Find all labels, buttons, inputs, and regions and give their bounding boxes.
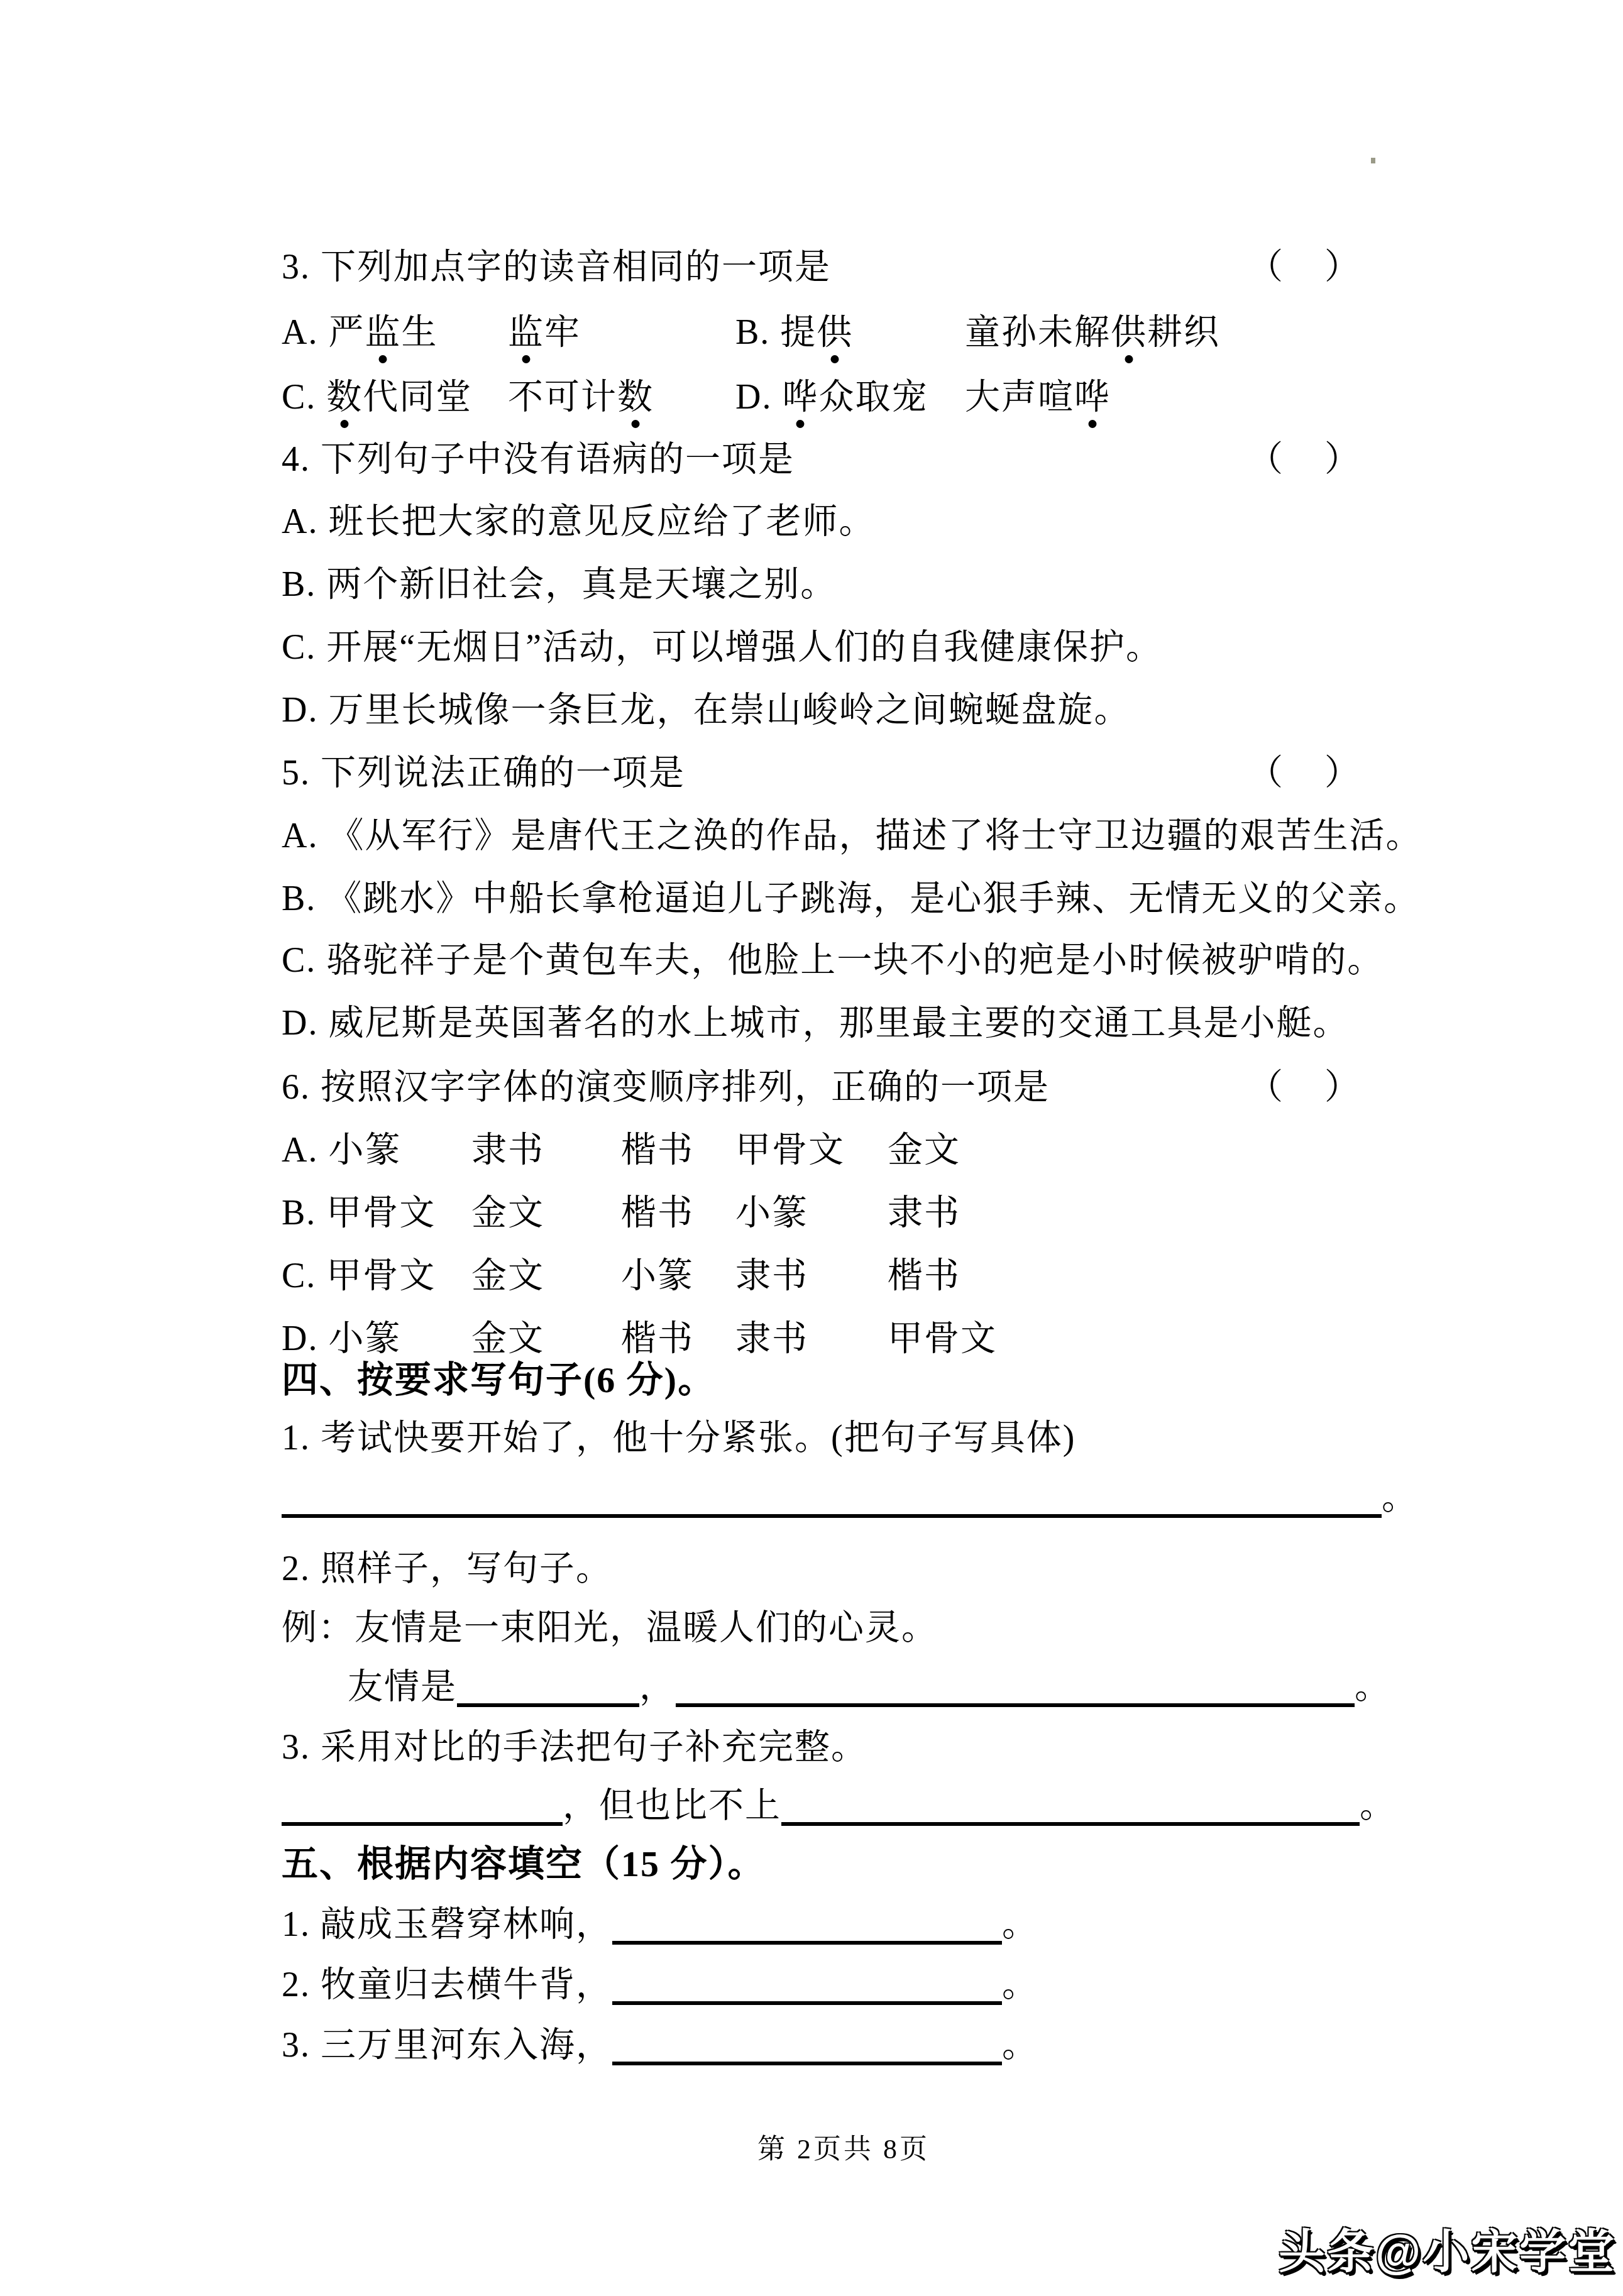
q4-option-d: D. 万里长城像一条巨龙，在崇山峻岭之间蜿蜒盘旋。 xyxy=(282,689,1130,731)
q6-a-c1: 隶书 xyxy=(471,1129,621,1171)
q5-option-b-text: B. 《跳水》中船长拿枪逼迫儿子跳海，是心狠手辣、无情无义的父亲。 xyxy=(282,879,1420,918)
q3-option-d2: 大声喧哗 xyxy=(965,376,1111,418)
q5-option-a-text: A. 《从军行》是唐代王之涣的作品，描述了将士守卫边疆的艰苦生活。 xyxy=(282,816,1422,855)
answer-blank[interactable] xyxy=(612,1972,1002,2005)
q4-stem-row: 4. 下列句子中没有语病的一项是 （ ） xyxy=(282,439,795,480)
section-5-item-3: 3. 三万里河东入海，。 xyxy=(282,2024,1038,2066)
period: 。 xyxy=(1355,1667,1391,1706)
toutiao-watermark: 头条@小宋学堂 xyxy=(1279,2215,1616,2282)
stray-mark xyxy=(1371,158,1375,163)
q4-answer-bracket[interactable]: （ ） xyxy=(1248,439,1360,480)
q3-option-b1: B. 提供 xyxy=(735,312,965,353)
bracket-close: ） xyxy=(1324,752,1360,794)
q3-option-c1: C. 数代同堂 xyxy=(282,376,508,418)
q3-options-row-cd: C. 数代同堂不可计数D. 哗众取宠大声喧哗 xyxy=(282,376,1111,418)
q6-b-c2: 楷书 xyxy=(621,1192,735,1234)
section-4-item-2: 2. 照样子，写句子。 xyxy=(282,1548,612,1590)
exam-page: 3. 下列加点字的读音相同的一项是 （ ） A. 严监生监牢B. 提供童孙未解供… xyxy=(0,0,1623,2296)
section-4-title-text: 四、按要求写句子(6 分)。 xyxy=(282,1359,715,1400)
section-4-item-2-text: 2. 照样子，写句子。 xyxy=(282,1549,612,1588)
bracket-open: （ xyxy=(1248,1067,1283,1108)
q6-b-c4: 隶书 xyxy=(888,1192,960,1234)
q6-d-c2: 楷书 xyxy=(621,1318,735,1359)
q3-stem: 3. 下列加点字的读音相同的一项是 xyxy=(282,248,831,287)
section-4-title: 四、按要求写句子(6 分)。 xyxy=(282,1359,715,1401)
bracket-close: ） xyxy=(1324,439,1360,480)
period: 。 xyxy=(1002,2026,1038,2065)
q5-option-d-text: D. 威尼斯是英国著名的水上城市，那里最主要的交通工具是小艇。 xyxy=(282,1004,1349,1043)
q3-option-c2: 不可计数 xyxy=(508,376,735,418)
q6-b-c0: B. 甲骨文 xyxy=(282,1192,471,1234)
section-4-item-3-answer: ，但也比不上。 xyxy=(282,1785,1396,1826)
q5-option-d: D. 威尼斯是英国著名的水上城市，那里最主要的交通工具是小艇。 xyxy=(282,1002,1349,1044)
q4-option-c: C. 开展“无烟日”活动，可以增强人们的自我健康保护。 xyxy=(282,627,1162,668)
q5-option-a: A. 《从军行》是唐代王之涣的作品，描述了将士守卫边疆的艰苦生活。 xyxy=(282,815,1422,857)
section-4-item-3: 3. 采用对比的手法把句子补充完整。 xyxy=(282,1727,867,1768)
q5-option-c-text: C. 骆驼祥子是个黄包车夫，他脸上一块不小的疤是小时候被驴啃的。 xyxy=(282,941,1384,980)
bracket-open: （ xyxy=(1248,752,1283,794)
comma: ， xyxy=(639,1667,676,1706)
q4-option-b-text: B. 两个新旧社会，真是天壤之别。 xyxy=(282,565,837,604)
contrast-connector: ，但也比不上 xyxy=(563,1786,781,1825)
q4-option-c-text: C. 开展“无烟日”活动，可以增强人们的自我健康保护。 xyxy=(282,628,1162,667)
q6-stem: 6. 按照汉字字体的演变顺序排列，正确的一项是 xyxy=(282,1068,1050,1107)
answer-blank[interactable] xyxy=(612,1912,1002,1945)
bracket-close: ） xyxy=(1324,246,1360,288)
section-4-item-2-answer: 友情是，。 xyxy=(348,1666,1391,1708)
q6-a-c3: 甲骨文 xyxy=(735,1129,888,1171)
q4-stem: 4. 下列句子中没有语病的一项是 xyxy=(282,440,795,479)
period: 。 xyxy=(1360,1786,1396,1825)
q6-option-b: B. 甲骨文金文楷书小篆隶书 xyxy=(282,1192,960,1234)
fill-prefix: 友情是 xyxy=(348,1667,457,1706)
q6-d-c4: 甲骨文 xyxy=(888,1318,997,1359)
q5-answer-bracket[interactable]: （ ） xyxy=(1248,752,1360,794)
page-number: 第 2页共 8页 xyxy=(757,2131,930,2168)
q6-a-c0: A. 小篆 xyxy=(282,1129,471,1171)
q6-b-c3: 小篆 xyxy=(735,1192,888,1234)
answer-blank[interactable] xyxy=(781,1793,1360,1826)
section-5-title: 五、根据内容填空（15 分）。 xyxy=(282,1843,766,1885)
section-4-item-1-text: 1. 考试快要开始了，他十分紧张。(把句子写具体) xyxy=(282,1419,1076,1458)
q6-answer-bracket[interactable]: （ ） xyxy=(1248,1067,1360,1108)
q3-option-b2: 童孙未解供耕织 xyxy=(965,312,1220,353)
q6-a-c4: 金文 xyxy=(888,1129,960,1171)
q4-option-d-text: D. 万里长城像一条巨龙，在崇山峻岭之间蜿蜒盘旋。 xyxy=(282,691,1130,730)
answer-blank[interactable] xyxy=(457,1674,639,1707)
section-4-item-1: 1. 考试快要开始了，他十分紧张。(把句子写具体) xyxy=(282,1417,1076,1459)
q6-option-d: D. 小篆金文楷书隶书甲骨文 xyxy=(282,1318,997,1359)
q6-option-a: A. 小篆隶书楷书甲骨文金文 xyxy=(282,1129,960,1171)
q4-option-b: B. 两个新旧社会，真是天壤之别。 xyxy=(282,564,837,605)
section-4-example: 例：友情是一束阳光，温暖人们的心灵。 xyxy=(282,1607,938,1649)
answer-blank[interactable] xyxy=(282,1793,563,1826)
q6-option-c: C. 甲骨文金文小篆隶书楷书 xyxy=(282,1255,960,1297)
section-5-item-1: 1. 敲成玉磬穿林响，。 xyxy=(282,1904,1038,1945)
q3-answer-bracket[interactable]: （ ） xyxy=(1248,246,1360,288)
q6-d-c3: 隶书 xyxy=(735,1318,888,1359)
section-5-title-text: 五、根据内容填空（15 分）。 xyxy=(282,1843,766,1884)
q6-b-c1: 金文 xyxy=(471,1192,621,1234)
section-4-item-1-answer: 。 xyxy=(282,1477,1418,1519)
q6-d-c0: D. 小篆 xyxy=(282,1318,471,1359)
q3-option-a2: 监牢 xyxy=(508,312,735,353)
q6-c-c3: 隶书 xyxy=(735,1255,888,1297)
section-5-item-2: 2. 牧童归去横牛背，。 xyxy=(282,1964,1038,2006)
q3-options-row-ab: A. 严监生监牢B. 提供童孙未解供耕织 xyxy=(282,312,1220,353)
q4-option-a: A. 班长把大家的意见反应给了老师。 xyxy=(282,501,875,542)
period: 。 xyxy=(1382,1478,1418,1517)
q3-stem-row: 3. 下列加点字的读音相同的一项是 （ ） xyxy=(282,246,831,288)
section-5-item-3-text: 3. 三万里河东入海， xyxy=(282,2026,612,2065)
period: 。 xyxy=(1002,1905,1038,1944)
q3-option-a1: A. 严监生 xyxy=(282,312,508,353)
q6-c-c1: 金文 xyxy=(471,1255,621,1297)
answer-blank[interactable] xyxy=(282,1485,1382,1518)
answer-blank[interactable] xyxy=(676,1674,1355,1707)
section-5-item-1-text: 1. 敲成玉磬穿林响， xyxy=(282,1905,612,1944)
section-4-item-3-text: 3. 采用对比的手法把句子补充完整。 xyxy=(282,1728,867,1767)
q6-c-c0: C. 甲骨文 xyxy=(282,1255,471,1297)
bracket-open: （ xyxy=(1248,439,1283,480)
q6-stem-row: 6. 按照汉字字体的演变顺序排列，正确的一项是 （ ） xyxy=(282,1067,1050,1108)
q5-option-b: B. 《跳水》中船长拿枪逼迫儿子跳海，是心狠手辣、无情无义的父亲。 xyxy=(282,878,1420,920)
q6-c-c2: 小篆 xyxy=(621,1255,735,1297)
bracket-close: ） xyxy=(1324,1067,1360,1108)
q4-option-a-text: A. 班长把大家的意见反应给了老师。 xyxy=(282,502,875,541)
q6-d-c1: 金文 xyxy=(471,1318,621,1359)
section-4-example-text: 例：友情是一束阳光，温暖人们的心灵。 xyxy=(282,1608,938,1647)
q6-c-c4: 楷书 xyxy=(888,1255,960,1297)
q5-stem-row: 5. 下列说法正确的一项是 （ ） xyxy=(282,752,685,794)
q6-a-c2: 楷书 xyxy=(621,1129,735,1171)
answer-blank[interactable] xyxy=(612,2033,1002,2065)
q3-option-d1: D. 哗众取宠 xyxy=(735,376,965,418)
period: 。 xyxy=(1002,1965,1038,2004)
bracket-open: （ xyxy=(1248,246,1283,288)
q5-option-c: C. 骆驼祥子是个黄包车夫，他脸上一块不小的疤是小时候被驴啃的。 xyxy=(282,940,1384,981)
section-5-item-2-text: 2. 牧童归去横牛背， xyxy=(282,1965,612,2004)
q5-stem: 5. 下列说法正确的一项是 xyxy=(282,754,685,793)
